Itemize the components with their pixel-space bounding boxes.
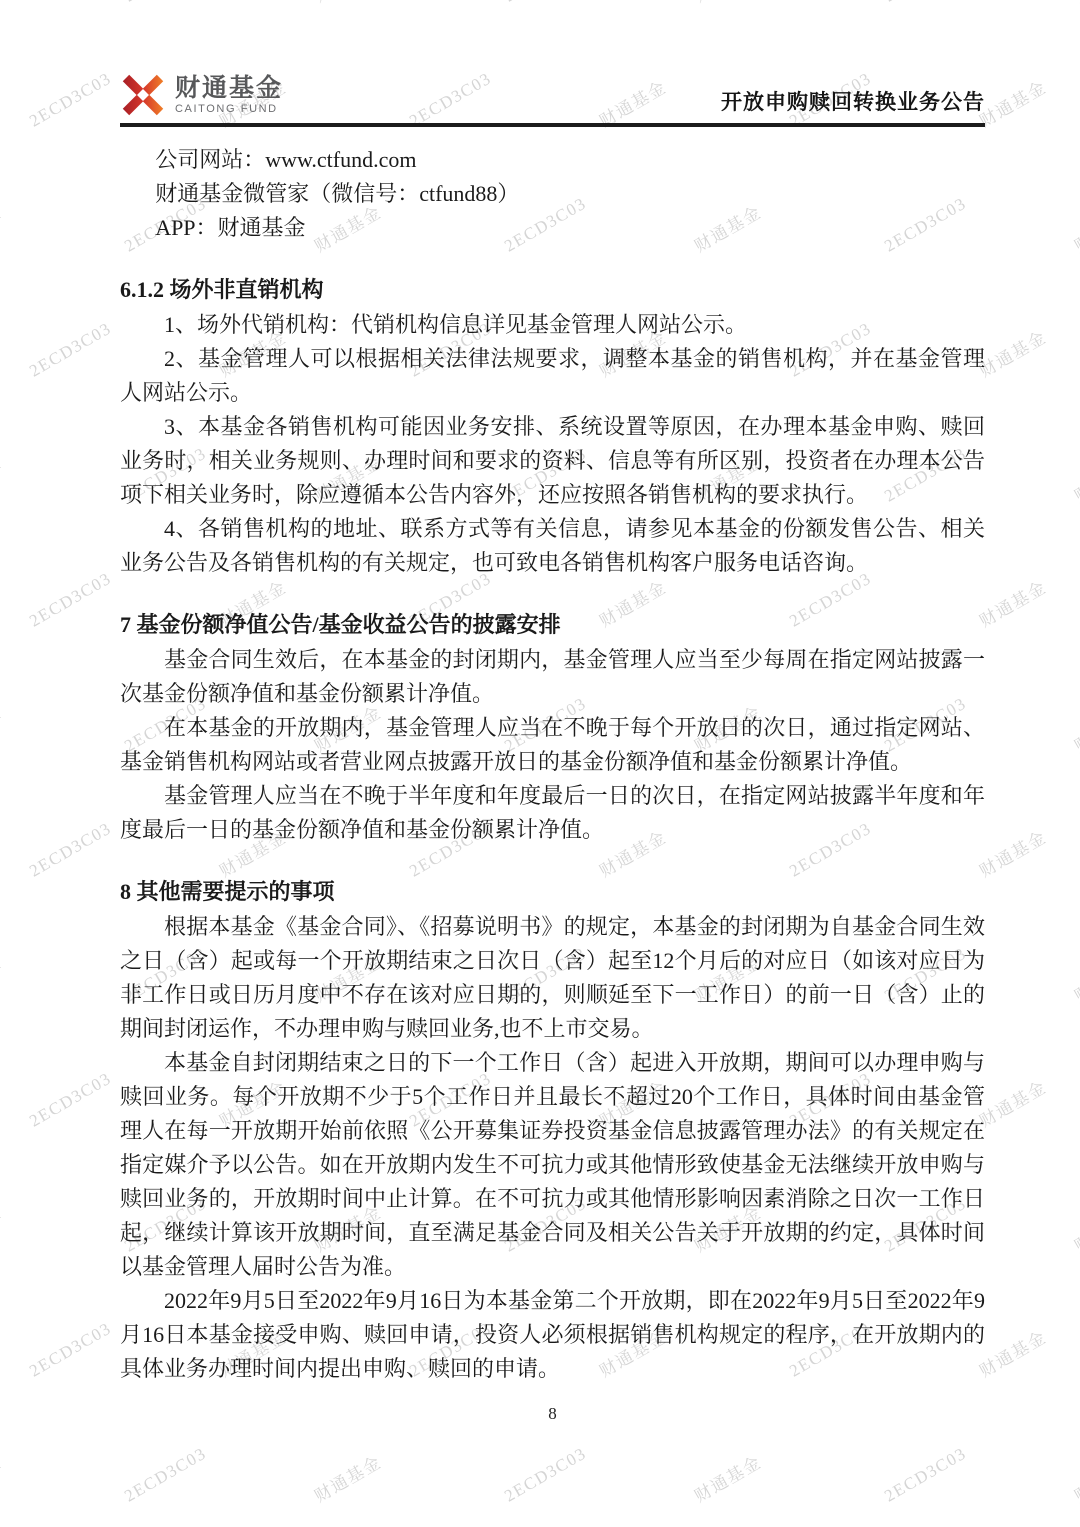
section-heading: 7 基金份额净值公告/基金收益公告的披露安排 [120, 606, 985, 643]
watermark-text: 财通基金 [309, 1448, 386, 1507]
section: 8 其他需要提示的事项根据本基金《基金合同》、《招募说明书》的规定，本基金的封闭… [120, 873, 985, 1386]
paragraph: 在本基金的开放期内，基金管理人应当在不晚于每个开放日的次日，通过指定网站、基金销… [120, 711, 985, 779]
page-number: 8 [120, 1397, 985, 1431]
page-header: 财通基金 CAITONG FUND 开放申购赎回转换业务公告 [120, 0, 985, 127]
paragraph: 基金合同生效后，在本基金的封闭期内，基金管理人应当至少每周在指定网站披露一次基金… [120, 643, 985, 711]
paragraph: 2、基金管理人可以根据相关法律法规要求，调整本基金的销售机构，并在基金管理人网站… [120, 342, 985, 410]
watermark-text: 财通基金 [689, 1448, 766, 1507]
caitong-logo-icon [120, 72, 166, 118]
sections-container: 6.1.2 场外非直销机构1、场外代销机构：代销机构信息详见基金管理人网站公示。… [120, 271, 985, 1386]
doc-title: 开放申购赎回转换业务公告 [721, 86, 985, 118]
logo-cn-text: 财通基金 [175, 75, 283, 101]
paragraph: 3、本基金各销售机构可能因业务安排、系统设置等原因，在办理本基金申购、赎回业务时… [120, 410, 985, 512]
logo-en-text: CAITONG FUND [175, 104, 283, 115]
section-heading: 6.1.2 场外非直销机构 [120, 271, 985, 308]
contact-lines: 公司网站：www.ctfund.com财通基金微管家（微信号：ctfund88）… [120, 143, 985, 245]
watermark-text: 2ECD3C03 [121, 1444, 210, 1507]
watermark-text: 财通基金 [0, 1448, 5, 1507]
contact-line: APP：财通基金 [120, 211, 985, 245]
watermark-text: 财通基金 [1069, 1448, 1080, 1507]
logo-text: 财通基金 CAITONG FUND [175, 75, 283, 115]
document-page: 财通基金2ECD3C03财通基金2ECD3C03财通基金2ECD3C03财通基金… [0, 0, 1080, 1527]
caitong-fund-logo: 财通基金 CAITONG FUND [120, 72, 283, 118]
paragraph: 4、各销售机构的地址、联系方式等有关信息，请参见本基金的份额发售公告、相关业务公… [120, 512, 985, 580]
paragraph: 1、场外代销机构：代销机构信息详见基金管理人网站公示。 [120, 308, 985, 342]
section: 6.1.2 场外非直销机构1、场外代销机构：代销机构信息详见基金管理人网站公示。… [120, 271, 985, 580]
section: 7 基金份额净值公告/基金收益公告的披露安排基金合同生效后，在本基金的封闭期内，… [120, 606, 985, 847]
paragraph: 基金管理人应当在不晚于半年度和年度最后一日的次日，在指定网站披露半年度和年度最后… [120, 779, 985, 847]
section-heading: 8 其他需要提示的事项 [120, 873, 985, 910]
paragraph: 2022年9月5日至2022年9月16日为本基金第二个开放期，即在2022年9月… [120, 1284, 985, 1386]
contact-line: 公司网站：www.ctfund.com [120, 143, 985, 177]
contact-line: 财通基金微管家（微信号：ctfund88） [120, 177, 985, 211]
watermark-text: 2ECD3C03 [881, 1444, 970, 1507]
paragraph: 本基金自封闭期结束之日的下一个工作日（含）起进入开放期，期间可以办理申购与赎回业… [120, 1046, 985, 1284]
document-body: 公司网站：www.ctfund.com财通基金微管家（微信号：ctfund88）… [120, 143, 985, 1431]
paragraph: 根据本基金《基金合同》、《招募说明书》的规定，本基金的封闭期为自基金合同生效之日… [120, 910, 985, 1046]
watermark-text: 2ECD3C03 [501, 1444, 590, 1507]
